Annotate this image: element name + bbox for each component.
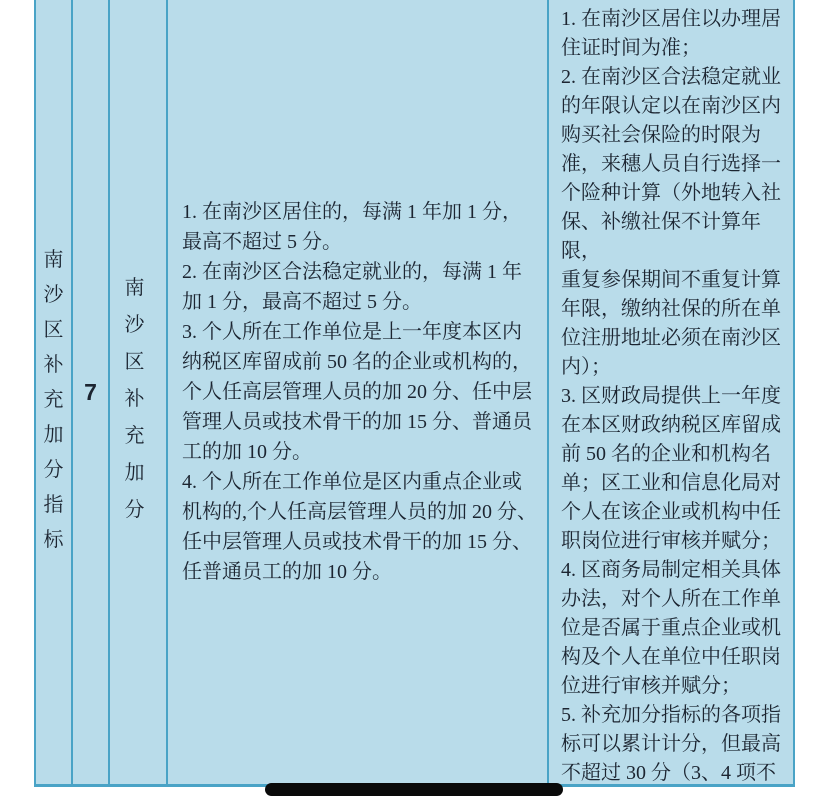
table-cell-category: 南沙区补充加分指标 — [34, 0, 71, 784]
table-cell-scoring-rules: 1. 在南沙区居住的，每满 1 年加 1 分， 最高不超过 5 分。 2. 在南… — [166, 0, 547, 784]
remarks-text: 1. 在南沙区居住以办理居 住证时间为准； 2. 在南沙区合法稳定就业 的年限认… — [549, 0, 793, 784]
category-vertical-label: 南沙区补充加分指标 — [42, 227, 66, 558]
redaction-bar — [265, 783, 563, 796]
table-cell-remarks: 1. 在南沙区居住以办理居 住证时间为准； 2. 在南沙区合法稳定就业 的年限认… — [547, 0, 793, 784]
scoring-rules-text: 1. 在南沙区居住的，每满 1 年加 1 分， 最高不超过 5 分。 2. 在南… — [168, 197, 547, 587]
document-page: 南沙区补充加分指标 7 南沙区补充加分 1. 在南沙区居住的，每满 1 年加 1… — [0, 0, 828, 811]
indicator-name-label: 南沙区补充加分 — [112, 256, 164, 529]
points-policy-table: 南沙区补充加分指标 7 南沙区补充加分 1. 在南沙区居住的，每满 1 年加 1… — [34, 0, 795, 787]
table-cell-index: 7 — [71, 0, 108, 784]
table-cell-indicator: 南沙区补充加分 — [108, 0, 166, 784]
row-index-number: 7 — [84, 379, 97, 406]
